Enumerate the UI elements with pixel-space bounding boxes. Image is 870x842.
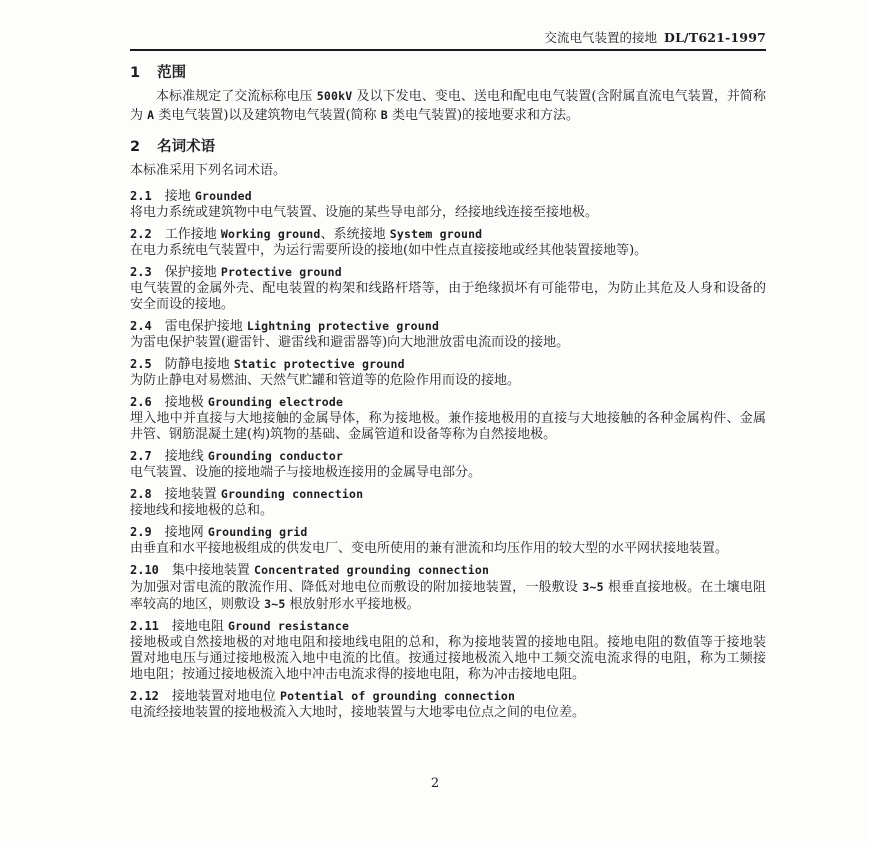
- term-definition: 为加强对雷电流的散流作用、降低对地电位而敷设的附加接地装置，一般敷设 3~5 根…: [130, 579, 766, 613]
- term-heading: 2.1接地 Grounded: [130, 188, 766, 205]
- term-title-run: 集中接地装置: [172, 563, 254, 578]
- term-heading: 2.8接地装置 Grounding connection: [130, 486, 766, 503]
- term-title-run: 、系统接地: [321, 227, 390, 242]
- term-number: 2.8: [130, 487, 152, 501]
- term-heading: 2.11接地电阻 Ground resistance: [130, 618, 766, 635]
- chapter-heading-1: 1范围: [130, 64, 766, 82]
- term-title-run: 雷电保护接地: [165, 319, 247, 334]
- term-title-run: Grounding electrode: [208, 395, 343, 409]
- term-title-run: 接地极: [165, 395, 208, 410]
- term-2.7: 2.7接地线 Grounding conductor电气装置、设施的接地端子与接…: [130, 448, 766, 481]
- chapter-number: 1: [130, 65, 140, 81]
- term-heading: 2.12接地装置对地电位 Potential of grounding conn…: [130, 688, 766, 705]
- term-number: 2.7: [130, 449, 152, 463]
- term-definition-run: 3~5: [582, 580, 603, 594]
- term-definition-run: 为防止静电对易燃油、天然气贮罐和管道等的危险作用而设的接地。: [130, 373, 520, 388]
- term-definition: 为防止静电对易燃油、天然气贮罐和管道等的危险作用而设的接地。: [130, 373, 766, 389]
- document-page: 交流电气装置的接地DL/T621-1997 1范围本标准规定了交流标称电压 50…: [0, 0, 870, 842]
- term-definition-run: 电气装置的金属外壳、配电装置的构架和线路杆塔等，由于绝缘损坏有可能带电，为防止其…: [130, 281, 766, 312]
- term-number: 2.3: [130, 265, 152, 279]
- paragraph-run: B: [381, 108, 388, 122]
- term-definition: 电流经接地装置的接地极流入大地时，接地装置与大地零电位点之间的电位差。: [130, 705, 766, 721]
- term-definition-run: 电气装置、设施的接地端子与接地极连接用的金属导电部分。: [130, 465, 481, 480]
- term-title-run: Lightning protective ground: [247, 319, 439, 333]
- term-2.3: 2.3保护接地 Protective ground电气装置的金属外壳、配电装置的…: [130, 264, 766, 313]
- term-definition-run: 接地极或自然接地极的对地电阻和接地线电阻的总和，称为接地装置的接地电阻。接地电阻…: [130, 635, 766, 682]
- term-heading: 2.10集中接地装置 Concentrated grounding connec…: [130, 562, 766, 579]
- term-2.2: 2.2工作接地 Working ground、系统接地 System groun…: [130, 226, 766, 259]
- term-definition-run: 为加强对雷电流的散流作用、降低对地电位而敷设的附加接地装置，一般敷设: [130, 580, 582, 595]
- page-content: 交流电气装置的接地DL/T621-1997 1范围本标准规定了交流标称电压 50…: [130, 0, 766, 721]
- header-title: 交流电气装置的接地: [545, 30, 658, 45]
- term-title-run: 工作接地: [165, 227, 221, 242]
- term-definition: 将电力系统或建筑物中电气装置、设施的某些导电部分，经接地线连接至接地极。: [130, 205, 766, 221]
- chapter-title: 范围: [157, 65, 186, 81]
- term-definition: 接地线和接地极的总和。: [130, 503, 766, 519]
- term-definition-run: 3~5: [264, 597, 285, 611]
- term-number: 2.11: [130, 619, 159, 633]
- term-number: 2.4: [130, 319, 152, 333]
- term-title-run: Concentrated grounding connection: [254, 563, 489, 577]
- term-title-run: Grounding conductor: [208, 449, 343, 463]
- term-definition: 电气装置、设施的接地端子与接地极连接用的金属导电部分。: [130, 465, 766, 481]
- term-title-run: System ground: [390, 227, 483, 241]
- paragraph: 本标准规定了交流标称电压 500kV 及以下发电、变电、送电和配电电气装置(含附…: [130, 87, 766, 125]
- chapter-heading-2: 2名词术语: [130, 138, 766, 156]
- term-definition-run: 在电力系统电气装置中，为运行需要所设的接地(如中性点直接接地或经其他装置接地等)…: [130, 243, 647, 258]
- chapter-number: 2: [130, 139, 140, 155]
- term-title-run: Ground resistance: [228, 619, 349, 633]
- term-2.10: 2.10集中接地装置 Concentrated grounding connec…: [130, 562, 766, 613]
- term-title-run: Potential of grounding connection: [280, 689, 515, 703]
- term-number: 2.12: [130, 689, 159, 703]
- term-heading: 2.9接地网 Grounding grid: [130, 524, 766, 541]
- term-2.4: 2.4雷电保护接地 Lightning protective ground为雷电…: [130, 318, 766, 351]
- term-2.1: 2.1接地 Grounded将电力系统或建筑物中电气装置、设施的某些导电部分，经…: [130, 188, 766, 221]
- term-number: 2.1: [130, 189, 152, 203]
- term-number: 2.10: [130, 563, 159, 577]
- term-title-run: 接地装置对地电位: [172, 689, 280, 704]
- term-title-run: Static protective ground: [234, 357, 405, 371]
- paragraph-run: 本标准采用下列名词术语。: [130, 163, 286, 178]
- term-2.9: 2.9接地网 Grounding grid由垂直和水平接地极组成的供发电厂、变电…: [130, 524, 766, 557]
- chapter-title: 名词术语: [157, 139, 215, 155]
- term-2.12: 2.12接地装置对地电位 Potential of grounding conn…: [130, 688, 766, 721]
- term-title-run: Working ground: [221, 227, 321, 241]
- term-definition: 接地极或自然接地极的对地电阻和接地线电阻的总和，称为接地装置的接地电阻。接地电阻…: [130, 635, 766, 683]
- term-heading: 2.4雷电保护接地 Lightning protective ground: [130, 318, 766, 335]
- term-heading: 2.5防静电接地 Static protective ground: [130, 356, 766, 373]
- term-definition-run: 为雷电保护装置(避雷针、避雷线和避雷器等)向大地泄放雷电流而设的接地。: [130, 335, 569, 350]
- paragraph: 本标准采用下列名词术语。: [130, 161, 766, 180]
- term-definition-run: 将电力系统或建筑物中电气装置、设施的某些导电部分，经接地线连接至接地极。: [130, 205, 598, 220]
- term-number: 2.6: [130, 395, 152, 409]
- term-2.5: 2.5防静电接地 Static protective ground为防止静电对易…: [130, 356, 766, 389]
- term-number: 2.2: [130, 227, 152, 241]
- term-title-run: Grounding connection: [221, 487, 363, 501]
- term-definition-run: 由垂直和水平接地极组成的供发电厂、变电所使用的兼有泄流和均压作用的较大型的水平网…: [130, 541, 728, 556]
- term-heading: 2.6接地极 Grounding electrode: [130, 394, 766, 411]
- term-definition-run: 接地线和接地极的总和。: [130, 503, 273, 518]
- term-title-run: 保护接地: [165, 265, 221, 280]
- term-heading: 2.7接地线 Grounding conductor: [130, 448, 766, 465]
- term-definition-run: 根放射形水平接地极。: [286, 597, 420, 612]
- term-heading: 2.3保护接地 Protective ground: [130, 264, 766, 281]
- term-title-run: 防静电接地: [165, 357, 234, 372]
- term-definition: 埋入地中并直接与大地接触的金属导体，称为接地极。兼作接地极用的直接与大地接触的各…: [130, 411, 766, 443]
- term-definition: 电气装置的金属外壳、配电装置的构架和线路杆塔等，由于绝缘损坏有可能带电，为防止其…: [130, 281, 766, 313]
- paragraph-run: 类电气装置)的接地要求和方法。: [388, 108, 579, 123]
- term-2.6: 2.6接地极 Grounding electrode埋入地中并直接与大地接触的金…: [130, 394, 766, 443]
- term-title-run: 接地线: [165, 449, 208, 464]
- term-heading: 2.2工作接地 Working ground、系统接地 System groun…: [130, 226, 766, 243]
- running-header: 交流电气装置的接地DL/T621-1997: [130, 0, 766, 51]
- term-definition: 由垂直和水平接地极组成的供发电厂、变电所使用的兼有泄流和均压作用的较大型的水平网…: [130, 541, 766, 557]
- term-2.11: 2.11接地电阻 Ground resistance接地极或自然接地极的对地电阻…: [130, 618, 766, 683]
- paragraph-run: 类电气装置)以及建筑物电气装置(简称: [154, 108, 380, 123]
- term-title-run: Grounding grid: [208, 525, 308, 539]
- page-number: 2: [0, 776, 870, 792]
- term-title-run: 接地网: [165, 525, 208, 540]
- term-title-run: Protective ground: [221, 265, 342, 279]
- term-definition-run: 电流经接地装置的接地极流入大地时，接地装置与大地零电位点之间的电位差。: [130, 705, 585, 720]
- paragraph-run: 500kV: [317, 89, 353, 103]
- term-definition: 在电力系统电气装置中，为运行需要所设的接地(如中性点直接接地或经其他装置接地等)…: [130, 243, 766, 259]
- term-2.8: 2.8接地装置 Grounding connection接地线和接地极的总和。: [130, 486, 766, 519]
- term-title-run: 接地电阻: [172, 619, 228, 634]
- document-body: 1范围本标准规定了交流标称电压 500kV 及以下发电、变电、送电和配电电气装置…: [130, 64, 766, 721]
- paragraph-run: 本标准规定了交流标称电压: [156, 89, 317, 104]
- term-definition: 为雷电保护装置(避雷针、避雷线和避雷器等)向大地泄放雷电流而设的接地。: [130, 335, 766, 351]
- term-title-run: 接地: [165, 189, 195, 204]
- term-title-run: Grounded: [195, 189, 252, 203]
- term-title-run: 接地装置: [165, 487, 221, 502]
- term-definition-run: 埋入地中并直接与大地接触的金属导体，称为接地极。兼作接地极用的直接与大地接触的各…: [130, 411, 766, 442]
- header-doc-number: DL/T621-1997: [664, 30, 766, 45]
- term-number: 2.9: [130, 525, 152, 539]
- term-number: 2.5: [130, 357, 152, 371]
